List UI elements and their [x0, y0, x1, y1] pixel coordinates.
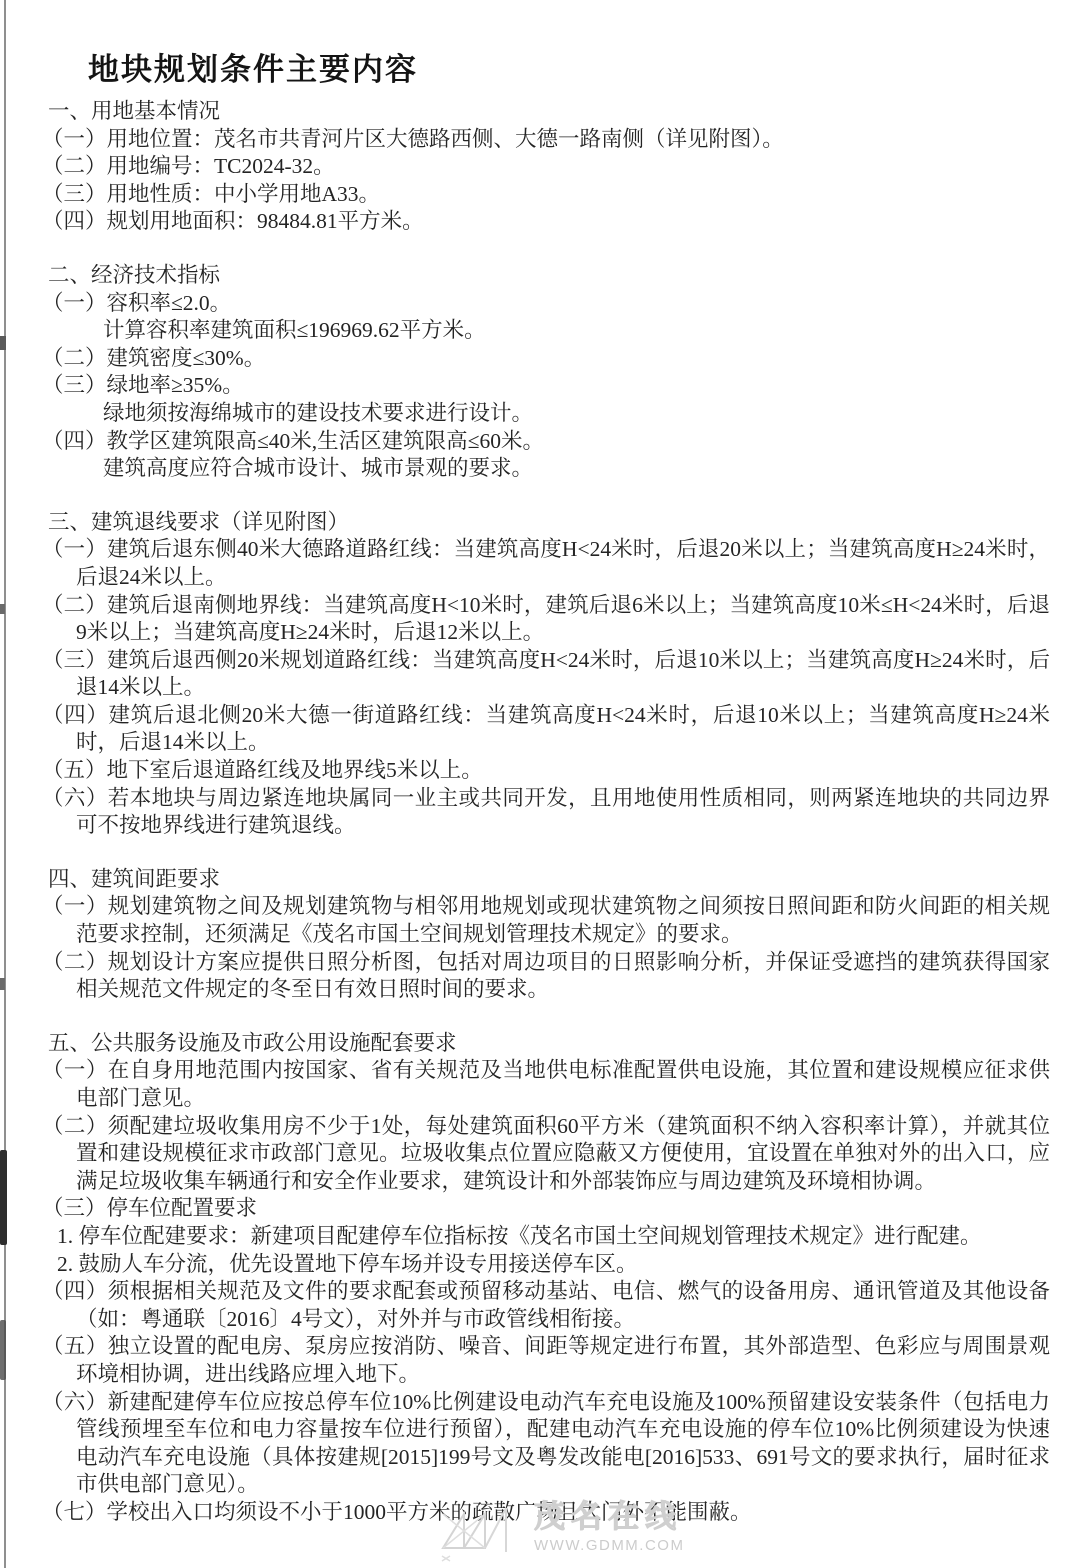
- list-item: （一）用地位置：茂名市共青河片区大德路西侧、大德一路南侧（详见附图）。: [42, 126, 1050, 154]
- document-section: 四、建筑间距要求（一）规划建筑物之间及规划建筑物与相邻用地规划或现状建筑物之间须…: [42, 866, 1050, 1004]
- scan-artifact: [0, 978, 5, 990]
- list-item: （二）建筑后退南侧地界线：当建筑高度H<10米时，建筑后退6米以上；当建筑高度1…: [42, 592, 1050, 647]
- section-heading: 三、建筑退线要求（详见附图）: [48, 509, 1050, 537]
- list-item: （二）规划设计方案应提供日照分析图，包括对周边项目的日照影响分析，并保证受遮挡的…: [42, 949, 1050, 1004]
- scan-artifact: [0, 1150, 7, 1245]
- watermark-site-url: WWW.GDMM.COM: [534, 1537, 684, 1554]
- section-heading: 五、公共服务设施及市政公用设施配套要求: [48, 1030, 1050, 1058]
- section-heading: 四、建筑间距要求: [48, 866, 1050, 894]
- list-item: （二）建筑密度≤30%。: [42, 345, 1050, 373]
- list-item: （三）停车位配置要求: [42, 1195, 1050, 1223]
- note-line: 计算容积率建筑面积≤196969.62平方米。: [103, 317, 1050, 345]
- list-item: （二）用地编号：TC2024-32。: [42, 153, 1050, 181]
- note-line: 建筑高度应符合城市设计、城市景观的要求。: [103, 455, 1050, 483]
- sections-container: 一、用地基本情况（一）用地位置：茂名市共青河片区大德路西侧、大德一路南侧（详见附…: [42, 98, 1050, 1527]
- list-item: （四）规划用地面积：98484.81平方米。: [42, 208, 1050, 236]
- list-item: （三）用地性质：中小学用地A33。: [42, 181, 1050, 209]
- list-item: （五）独立设置的配电房、泵房应按消防、噪音、间距等规定进行布置，其外部造型、色彩…: [42, 1333, 1050, 1388]
- list-item: （四）须根据相关规范及文件的要求配套或预留移动基站、电信、燃气的设备用房、通讯管…: [42, 1278, 1050, 1333]
- sub-list-item: 1. 停车位配建要求：新建项目配建停车位指标按《茂名市国土空间规划管理技术规定》…: [57, 1223, 1050, 1251]
- list-item: （一）容积率≤2.0。: [42, 290, 1050, 318]
- list-item: （六）若本地块与周边紧连地块属同一业主或共同开发，且用地使用性质相同，则两紧连地…: [42, 785, 1050, 840]
- list-item: （一）规划建筑物之间及规划建筑物与相邻用地规划或现状建筑物之间须按日照间距和防火…: [42, 893, 1050, 948]
- document-page: 地块规划条件主要内容 一、用地基本情况（一）用地位置：茂名市共青河片区大德路西侧…: [0, 0, 1080, 1568]
- list-item: （七）学校出入口均须设不小于1000平方米的疏散广场且大门外不能围蔽。: [42, 1499, 1050, 1527]
- page-title: 地块规划条件主要内容: [88, 44, 1050, 89]
- section-heading: 二、经济技术指标: [48, 262, 1050, 290]
- document-section: 五、公共服务设施及市政公用设施配套要求（一）在自身用地范围内按国家、省有关规范及…: [42, 1030, 1050, 1527]
- list-item: （二）须配建垃圾收集用房不少于1处，每处建筑面积60平方米（建筑面积不纳入容积率…: [42, 1113, 1050, 1196]
- list-item: （四）建筑后退北侧20米大德一街道路红线：当建筑高度H<24米时，后退10米以上…: [42, 702, 1050, 757]
- list-item: （一）建筑后退东侧40米大德路道路红线：当建筑高度H<24米时，后退20米以上；…: [42, 536, 1050, 591]
- list-item: （一）在自身用地范围内按国家、省有关规范及当地供电标准配置供电设施，其位置和建设…: [42, 1057, 1050, 1112]
- list-item: （三）建筑后退西侧20米规划道路红线：当建筑高度H<24米时，后退10米以上；当…: [42, 647, 1050, 702]
- sub-list-item: 2. 鼓励人车分流，优先设置地下停车场并设专用接送停车区。: [57, 1251, 1050, 1279]
- list-item: （六）新建配建停车位应按总停车位10%比例建设电动汽车充电设施及100%预留建设…: [42, 1389, 1050, 1499]
- note-line: 绿地须按海绵城市的建设技术要求进行设计。: [103, 400, 1050, 428]
- section-heading: 一、用地基本情况: [48, 98, 1050, 126]
- scan-artifact: [0, 336, 6, 350]
- scan-artifact: [0, 1320, 6, 1380]
- list-item: （四）教学区建筑限高≤40米,生活区建筑限高≤60米。: [42, 428, 1050, 456]
- list-item: （三）绿地率≥35%。: [42, 372, 1050, 400]
- document-section: 三、建筑退线要求（详见附图）（一）建筑后退东侧40米大德路道路红线：当建筑高度H…: [42, 509, 1050, 840]
- document-section: 二、经济技术指标（一）容积率≤2.0。计算容积率建筑面积≤196969.62平方…: [42, 262, 1050, 483]
- document-content: 地块规划条件主要内容 一、用地基本情况（一）用地位置：茂名市共青河片区大德路西侧…: [42, 0, 1050, 1527]
- list-item: （五）地下室后退道路红线及地界线5米以上。: [42, 757, 1050, 785]
- scan-artifact: [0, 604, 5, 614]
- document-section: 一、用地基本情况（一）用地位置：茂名市共青河片区大德路西侧、大德一路南侧（详见附…: [42, 98, 1050, 236]
